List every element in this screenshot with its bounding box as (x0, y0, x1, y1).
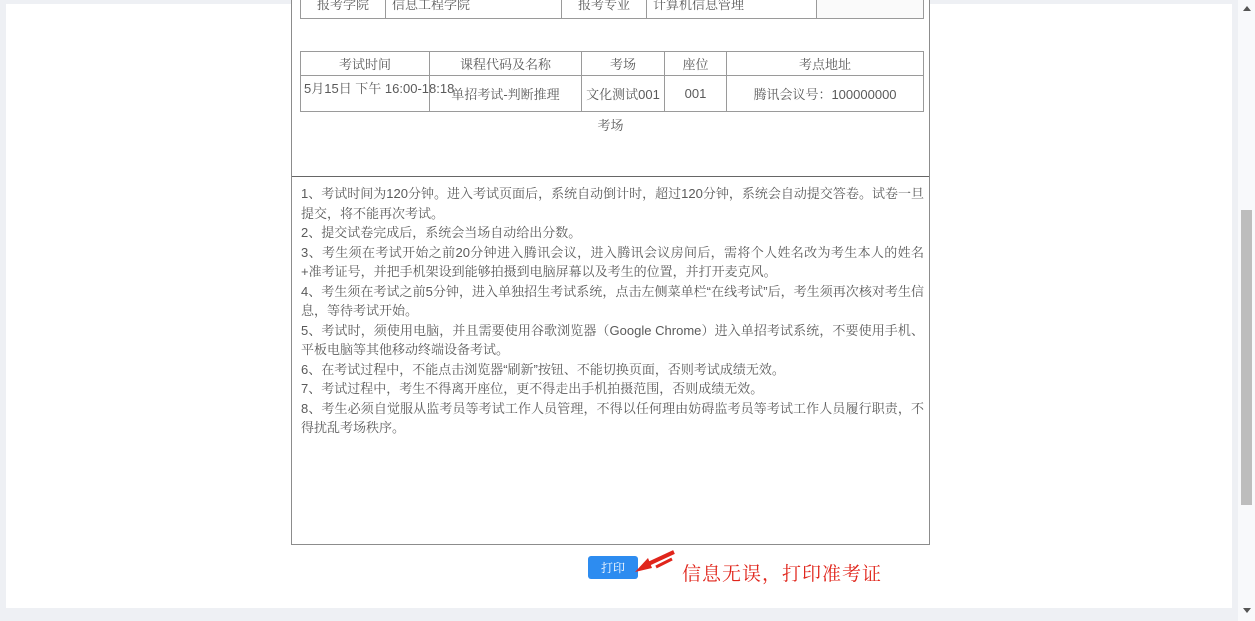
registration-row-clip: 报考学院 信息工程学院 报考专业 计算机信息管理 (292, 0, 931, 19)
table-row: 报考学院 信息工程学院 报考专业 计算机信息管理 (301, 0, 924, 19)
school-value-cell: 信息工程学院 (386, 0, 562, 19)
venue-section-label: 考场 (292, 115, 929, 134)
photo-cell (817, 0, 924, 19)
seat-cell: 001 (665, 76, 727, 112)
header-seat: 座位 (665, 52, 727, 76)
rule-item: 1、考试时间为120分钟。进入考试页面后，系统自动倒计时，超过120分钟，系统会… (301, 184, 924, 223)
major-label-cell: 报考专业 (562, 0, 647, 19)
rule-item: 3、考生须在考试开始之前20分钟进入腾讯会议，进入腾讯会议房间后，需将个人姓名改… (301, 243, 924, 282)
rule-item: 4、考生须在考试之前5分钟，进入单独招生考试系统，点击左侧菜单栏“在线考试”后，… (301, 282, 924, 321)
scroll-down-arrow-icon[interactable] (1238, 603, 1255, 620)
print-annotation-note: 信息无误，打印准考证 (682, 559, 882, 586)
rule-item: 7、考试过程中，考生不得离开座位，更不得走出手机拍摄范围，否则成绩无效。 (301, 379, 924, 399)
content-panel: 报考学院 信息工程学院 报考专业 计算机信息管理 考试时间 课程代码及名称 考场… (6, 4, 1232, 608)
school-label-cell: 报考学院 (301, 0, 386, 19)
exam-room-cell: 文化测试001 (582, 76, 665, 112)
print-button[interactable]: 打印 (588, 556, 638, 579)
major-value-cell: 计算机信息管理 (647, 0, 817, 19)
scrollbar-thumb[interactable] (1241, 210, 1252, 505)
site-address-cell: 腾讯会议号：100000000 (727, 76, 924, 112)
rule-item: 2、提交试卷完成后，系统会当场自动给出分数。 (301, 223, 924, 243)
table-header-row: 考试时间 课程代码及名称 考场 座位 考点地址 (301, 52, 924, 76)
rule-item: 5、考试时，须使用电脑，并且需要使用谷歌浏览器（Google Chrome）进入… (301, 321, 924, 360)
scroll-up-arrow-icon[interactable] (1238, 1, 1255, 18)
registration-info-table: 报考学院 信息工程学院 报考专业 计算机信息管理 (300, 0, 924, 19)
table-row: 5月15日 下午 16:00-18:18 单招考试-判断推理 文化测试001 0… (301, 76, 924, 112)
header-site-address: 考点地址 (727, 52, 924, 76)
header-exam-room: 考场 (582, 52, 665, 76)
header-exam-time: 考试时间 (301, 52, 430, 76)
rule-item: 6、在考试过程中，不能点击浏览器“刷新”按钮、不能切换页面，否则考试成绩无效。 (301, 360, 924, 380)
exam-time-cell: 5月15日 下午 16:00-18:18 (301, 76, 430, 112)
vertical-scrollbar[interactable] (1238, 0, 1255, 621)
rule-item: 8、考生必须自觉服从监考员等考试工作人员管理，不得以任何理由妨碍监考员等考试工作… (301, 399, 924, 438)
exam-rules-text: 1、考试时间为120分钟。进入考试页面后，系统自动倒计时，超过120分钟，系统会… (292, 177, 931, 438)
header-course-code-name: 课程代码及名称 (430, 52, 582, 76)
annotation-arrow-icon (634, 550, 676, 583)
admission-ticket-document: 报考学院 信息工程学院 报考专业 计算机信息管理 考试时间 课程代码及名称 考场… (291, 0, 930, 545)
exam-schedule-table: 考试时间 课程代码及名称 考场 座位 考点地址 5月15日 下午 16:00-1… (300, 51, 924, 112)
